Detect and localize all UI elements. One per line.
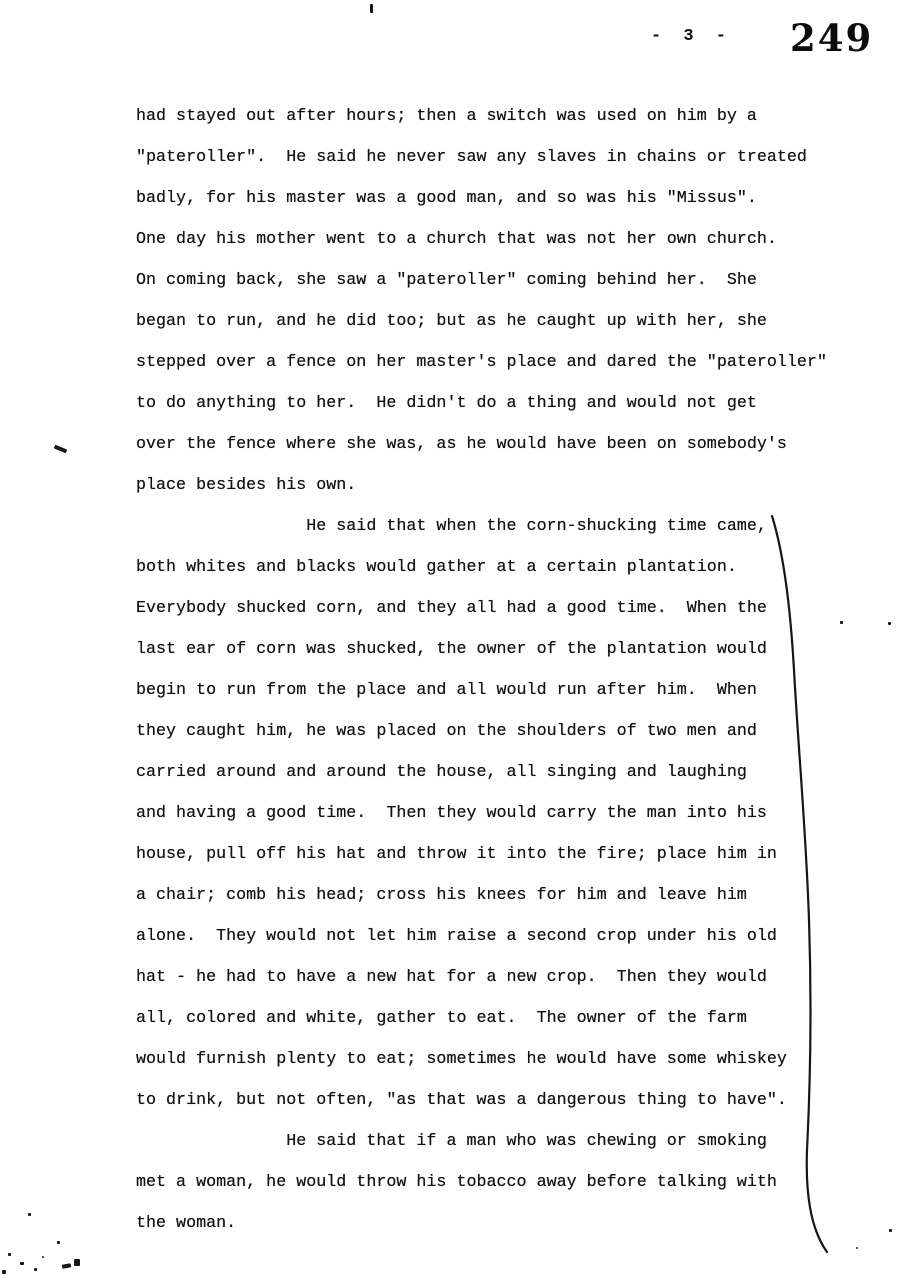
typed-line: One day his mother went to a church that… bbox=[136, 219, 846, 260]
typed-line: met a woman, he would throw his tobacco … bbox=[136, 1162, 846, 1203]
scan-speck bbox=[888, 622, 891, 625]
typed-line: last ear of corn was shucked, the owner … bbox=[136, 629, 846, 670]
typed-line: house, pull off his hat and throw it int… bbox=[136, 834, 846, 875]
scan-speck bbox=[20, 1262, 24, 1265]
scan-speck bbox=[8, 1253, 11, 1256]
scan-speck bbox=[42, 1256, 44, 1258]
scan-speck bbox=[2, 1270, 6, 1274]
typed-line: they caught him, he was placed on the sh… bbox=[136, 711, 846, 752]
scan-speck bbox=[54, 445, 68, 454]
typed-line: badly, for his master was a good man, an… bbox=[136, 178, 846, 219]
stamp-page-number: 249 bbox=[790, 16, 873, 60]
typed-line: He said that when the corn-shucking time… bbox=[136, 506, 846, 547]
typed-line: began to run, and he did too; but as he … bbox=[136, 301, 846, 342]
typed-line: He said that if a man who was chewing or… bbox=[136, 1121, 846, 1162]
typed-line: over the fence where she was, as he woul… bbox=[136, 424, 846, 465]
scan-speck bbox=[34, 1268, 37, 1271]
typed-line: carried around and around the house, all… bbox=[136, 752, 846, 793]
typed-line: would furnish plenty to eat; sometimes h… bbox=[136, 1039, 846, 1080]
scan-speck bbox=[856, 1247, 858, 1249]
typed-line: the woman. bbox=[136, 1203, 846, 1244]
scanned-document-page: - 3 - 249 had stayed out after hours; th… bbox=[0, 0, 900, 1278]
typed-line: both whites and blacks would gather at a… bbox=[136, 547, 846, 588]
typed-text-body: had stayed out after hours; then a switc… bbox=[136, 96, 846, 1244]
typed-line: to do anything to her. He didn't do a th… bbox=[136, 383, 846, 424]
typed-line: Everybody shucked corn, and they all had… bbox=[136, 588, 846, 629]
scan-speck bbox=[62, 1263, 72, 1269]
scan-speck bbox=[840, 621, 843, 624]
typed-line: all, colored and white, gather to eat. T… bbox=[136, 998, 846, 1039]
typed-line: hat - he had to have a new hat for a new… bbox=[136, 957, 846, 998]
scan-speck bbox=[889, 1229, 892, 1232]
scan-speck bbox=[28, 1213, 31, 1216]
scan-speck bbox=[370, 4, 373, 13]
scan-speck bbox=[57, 1241, 60, 1244]
typed-line: stepped over a fence on her master's pla… bbox=[136, 342, 846, 383]
typed-line: to drink, but not often, "as that was a … bbox=[136, 1080, 846, 1121]
typed-line: a chair; comb his head; cross his knees … bbox=[136, 875, 846, 916]
typed-line: place besides his own. bbox=[136, 465, 846, 506]
typed-line: begin to run from the place and all woul… bbox=[136, 670, 846, 711]
typed-line: "pateroller". He said he never saw any s… bbox=[136, 137, 846, 178]
typed-line: had stayed out after hours; then a switc… bbox=[136, 96, 846, 137]
page-number: - 3 - bbox=[651, 27, 732, 46]
typed-line: and having a good time. Then they would … bbox=[136, 793, 846, 834]
scan-speck bbox=[74, 1259, 80, 1266]
typed-line: On coming back, she saw a "pateroller" c… bbox=[136, 260, 846, 301]
typed-line: alone. They would not let him raise a se… bbox=[136, 916, 846, 957]
